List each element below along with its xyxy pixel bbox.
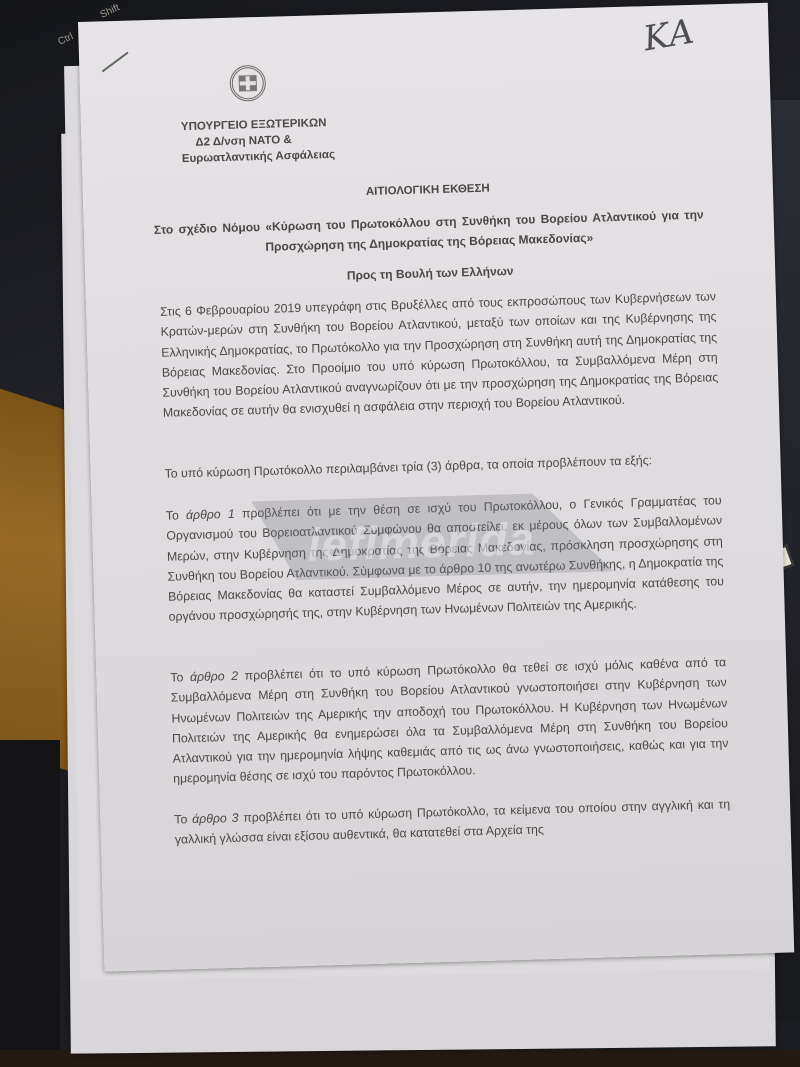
- ministry-header: ΥΠΟΥΡΓΕΙΟ ΕΞΩΤΕΡΙΚΩΝ Δ2 Δ/νση ΝΑΤΟ & Ευρ…: [181, 115, 335, 167]
- text: Το: [170, 670, 190, 685]
- directorate-name-cont: Ευρωατλαντικής Ασφάλειας: [182, 147, 336, 167]
- desk-shadow: [0, 740, 60, 1067]
- handwritten-mark-top: ΚΑ: [641, 12, 697, 60]
- article-label: άρθρο 3: [192, 811, 239, 826]
- paragraph-article-2: Το άρθρο 2 προβλέπει ότι το υπό κύρωση Π…: [170, 652, 729, 789]
- document-subject: Στο σχέδιο Νόμου «Κύρωση του Πρωτοκόλλου…: [154, 205, 705, 260]
- article-label: άρθρο 2: [190, 669, 238, 684]
- key-ctrl-label: Ctrl: [56, 31, 75, 48]
- text: προβλέπει ότι το υπό κύρωση Πρωτόκολλο θ…: [171, 655, 729, 786]
- document-page: ΚΑ ΥΠΟΥΡΓΕΙΟ ΕΞΩΤΕΡΙΚΩΝ Δ2 Δ/νση ΝΑΤΟ & …: [78, 3, 794, 972]
- paragraph-intro: Στις 6 Φεβρουαρίου 2019 υπεγράφη στις Βρ…: [160, 286, 719, 423]
- text: προβλέπει ότι με την θέση σε ισχύ του Πρ…: [166, 493, 724, 624]
- paragraph-article-1: Το άρθρο 1 προβλέπει ότι με την θέση σε …: [166, 490, 725, 627]
- document-title: ΑΙΤΙΟΛΟΓΙΚΗ ΕΚΘΕΣΗ: [83, 175, 773, 206]
- article-label: άρθρο 1: [186, 507, 235, 522]
- wooden-desk: [0, 389, 70, 772]
- cross-icon: [239, 75, 257, 91]
- greek-coat-of-arms-icon: [229, 65, 266, 102]
- pen-mark: [102, 52, 129, 73]
- paragraph-article-3: Το άρθρο 3 προβλέπει ότι το υπό κύρωση Π…: [174, 794, 731, 850]
- paragraph-articles-overview: Το υπό κύρωση Πρωτόκολλο περιλαμβάνει τρ…: [164, 448, 720, 484]
- text: Το: [174, 812, 192, 826]
- text: Το: [166, 508, 187, 523]
- document-recipient: Προς τη Βουλή των Ελλήνων: [85, 257, 775, 290]
- text: προβλέπει ότι το υπό κύρωση Πρωτόκολλο, …: [175, 797, 731, 847]
- key-shift-label: Shift: [99, 2, 122, 20]
